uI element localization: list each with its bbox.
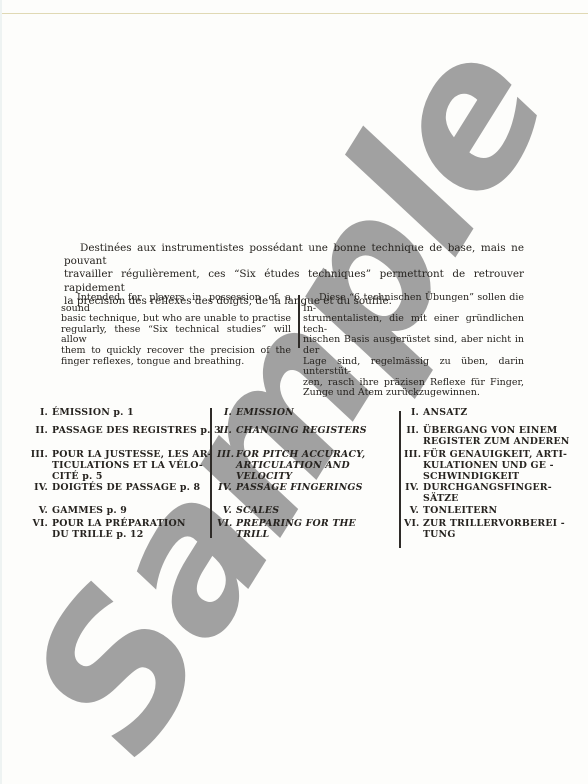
toc-item-title: FÜR GENAUIGKEIT, ARTI- KULATIONEN UND GE… (423, 449, 567, 482)
toc-item-title: TONLEITERN (423, 505, 497, 516)
toc-column-french: I.ÉMISSION p. 1II.PASSAGE DES REGISTRES … (30, 407, 208, 557)
paragraph-line: strumentalisten, die mit einer gründlich… (303, 314, 524, 335)
toc-item: II.PASSAGE DES REGISTRES p. 3 (30, 425, 208, 436)
toc-item-numeral: III. (217, 449, 232, 460)
paragraph-line: Intended for players in possession of a … (61, 293, 291, 314)
toc-item-numeral: V. (30, 505, 48, 516)
toc-item: VI.POUR LA PRÉPARATION DU TRILLE p. 12 (30, 518, 208, 540)
toc-item-numeral: I. (404, 407, 419, 418)
toc-item-title: ÉMISSION p. 1 (52, 407, 134, 418)
toc-item-title: DURCHGANGSFINGER- SÄTZE (423, 482, 552, 504)
toc-item-numeral: IV. (404, 482, 419, 493)
toc-item-title: GAMMES p. 9 (52, 505, 127, 516)
toc-item-title: EMISSION (236, 407, 294, 418)
toc-item-title: PREPARING FOR THE TRILL (236, 518, 356, 540)
toc-item: I.ÉMISSION p. 1 (30, 407, 208, 418)
toc-item-numeral: VI. (217, 518, 232, 529)
toc-item-title: PASSAGE DES REGISTRES p. 3 (52, 425, 221, 436)
paragraph-line: Diese “6 technischen Übungen” sollen die… (303, 293, 524, 314)
toc-item: VI.ZUR TRILLERVORBEREI - TUNG (404, 518, 580, 540)
toc-item-title: CHANGING REGISTERS (236, 425, 367, 436)
paragraph-line: regularly, these “Six technical studies”… (61, 325, 291, 346)
paragraph-line: nischen Basis ausgerüstet sind, aber nic… (303, 335, 524, 356)
toc-item-numeral: III. (404, 449, 419, 460)
toc-item-title: FOR PITCH ACCURACY, ARTICULATION AND VEL… (236, 449, 365, 482)
toc-item-numeral: II. (217, 425, 232, 436)
toc-item-title: POUR LA PRÉPARATION DU TRILLE p. 12 (52, 518, 186, 540)
toc-item-title: ZUR TRILLERVORBEREI - TUNG (423, 518, 565, 540)
intro-paragraph-english: Intended for players in possession of a … (61, 293, 291, 367)
toc-item-title: DOIGTÉS DE PASSAGE p. 8 (52, 482, 200, 493)
scanned-page: Sample Destinées aux instrumentistes pos… (0, 0, 588, 784)
toc-item: II.ÜBERGANG VON EINEM REGISTER ZUM ANDER… (404, 425, 580, 447)
paragraph-line: them to quickly recover the precision of… (61, 346, 291, 357)
toc-column-german: I.ANSATZII.ÜBERGANG VON EINEM REGISTER Z… (404, 407, 580, 557)
toc-item: IV.DOIGTÉS DE PASSAGE p. 8 (30, 482, 208, 493)
paragraph-line: finger reflexes, tongue and breathing. (61, 357, 291, 368)
intro-column-divider (298, 295, 300, 348)
toc-item-numeral: IV. (30, 482, 48, 493)
toc-item: V.SCALES (217, 505, 393, 516)
toc-item: III.FOR PITCH ACCURACY, ARTICULATION AND… (217, 449, 393, 482)
toc-item-numeral: V. (217, 505, 232, 516)
toc-divider-left (210, 408, 212, 538)
toc-item-numeral: VI. (404, 518, 419, 529)
toc-item: V.GAMMES p. 9 (30, 505, 208, 516)
toc-item-title: ÜBERGANG VON EINEM REGISTER ZUM ANDEREN (423, 425, 570, 447)
toc-item-title: SCALES (236, 505, 279, 516)
toc-item-numeral: II. (404, 425, 419, 436)
toc-item: I.ANSATZ (404, 407, 580, 418)
toc-item: VI.PREPARING FOR THE TRILL (217, 518, 393, 540)
paragraph-line: Lage sind, regelmässig zu üben, darin un… (303, 357, 524, 378)
toc-item: III.POUR LA JUSTESSE, LES AR- TICULATION… (30, 449, 208, 482)
paragraph-line: travailler régulièrement, ces “Six étude… (64, 268, 524, 294)
paragraph-line: Zunge und Atem zurückzugewinnen. (303, 388, 524, 399)
toc-item-numeral: III. (30, 449, 48, 460)
toc-divider-right (399, 411, 401, 548)
intro-paragraph-german: Diese “6 technischen Übungen” sollen die… (303, 293, 524, 399)
toc-item-numeral: V. (404, 505, 419, 516)
toc-item-numeral: I. (30, 407, 48, 418)
page-content: Destinées aux instrumentistes possédant … (0, 0, 588, 784)
toc-item: I.EMISSION (217, 407, 393, 418)
paragraph-line: Destinées aux instrumentistes possédant … (64, 242, 524, 268)
toc-item-numeral: I. (217, 407, 232, 418)
toc-item-title: PASSAGE FINGERINGS (236, 482, 363, 493)
toc-item-numeral: VI. (30, 518, 48, 529)
toc-item: III.FÜR GENAUIGKEIT, ARTI- KULATIONEN UN… (404, 449, 580, 482)
toc-item: IV.DURCHGANGSFINGER- SÄTZE (404, 482, 580, 504)
toc-item: II.CHANGING REGISTERS (217, 425, 393, 436)
toc-item-numeral: II. (30, 425, 48, 436)
toc-item-title: POUR LA JUSTESSE, LES AR- TICULATIONS ET… (52, 449, 212, 482)
toc-item: V.TONLEITERN (404, 505, 580, 516)
toc-item-numeral: IV. (217, 482, 232, 493)
toc-item-title: ANSATZ (423, 407, 467, 418)
toc-column-english: I.EMISSIONII.CHANGING REGISTERSIII.FOR P… (217, 407, 393, 557)
toc-item: IV.PASSAGE FINGERINGS (217, 482, 393, 493)
